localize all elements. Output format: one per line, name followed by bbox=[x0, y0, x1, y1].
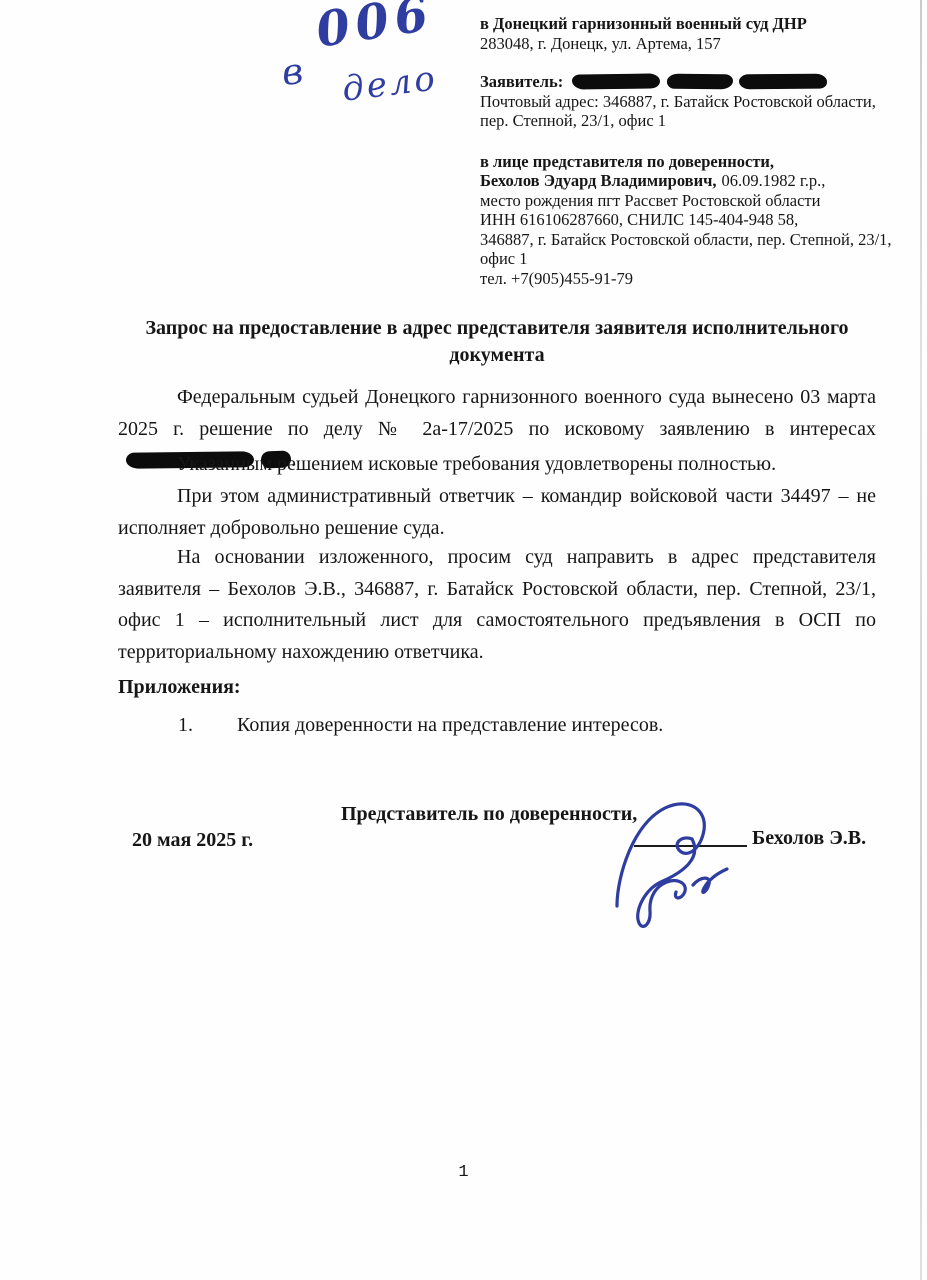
handwritten-note-word-v: в bbox=[280, 51, 305, 94]
representative-ids: ИНН 616106287660, СНИЛС 145-404-948 58, bbox=[480, 210, 925, 230]
attachments-label: Приложения: bbox=[118, 676, 241, 699]
representative-name-line: Бехолов Эдуард Владимирович,06.09.1982 г… bbox=[480, 171, 925, 191]
redaction-bar bbox=[739, 74, 827, 90]
header-block: в Донецкий гарнизонный военный суд ДНР 2… bbox=[480, 14, 925, 288]
document-date: 20 мая 2025 г. bbox=[132, 829, 253, 852]
representative-name: Бехолов Эдуард Владимирович, bbox=[480, 171, 717, 190]
applicant-line: Заявитель: bbox=[480, 72, 925, 92]
redaction-bar bbox=[667, 74, 733, 90]
page-number: 1 bbox=[0, 1163, 927, 1182]
applicant-label: Заявитель: bbox=[480, 72, 563, 91]
court-address: 283048, г. Донецк, ул. Артема, 157 bbox=[480, 34, 925, 54]
redaction-bar bbox=[572, 73, 660, 89]
body-paragraph-3: При этом административный ответчик – ком… bbox=[118, 481, 876, 544]
court-name: в Донецкий гарнизонный военный суд ДНР bbox=[480, 14, 925, 34]
representative-address-line2: офис 1 bbox=[480, 249, 925, 269]
representative-address-line1: 346887, г. Батайск Ростовской области, п… bbox=[480, 230, 925, 250]
paragraph-1-text: Федеральным судьей Донецкого гарнизонног… bbox=[118, 386, 876, 440]
body-paragraph-4: На основании изложенного, просим суд нап… bbox=[118, 542, 876, 668]
attachment-item-number: 1. bbox=[178, 714, 237, 737]
attachment-item-text: Копия доверенности на представление инте… bbox=[237, 714, 663, 736]
document-page: 006 в дело в Донецкий гарнизонный военны… bbox=[0, 0, 927, 1280]
handwritten-note-word-delo: дело bbox=[340, 58, 440, 109]
attachment-item: 1.Копия доверенности на представление ин… bbox=[178, 714, 663, 737]
representative-phone: тел. +7(905)455-91-79 bbox=[480, 269, 925, 289]
postal-address-line2: пер. Степной, 23/1, офис 1 bbox=[480, 111, 925, 131]
postal-address-line1: Почтовый адрес: 346887, г. Батайск Росто… bbox=[480, 92, 925, 112]
representative-birthdate: 06.09.1982 г.р., bbox=[722, 171, 826, 190]
body-paragraph-2: Указанным решением исковые требования уд… bbox=[118, 449, 876, 481]
representative-intro: в лице представителя по доверенности, bbox=[480, 152, 925, 172]
representative-birthplace: место рождения пгт Рассвет Ростовской об… bbox=[480, 191, 925, 211]
handwritten-signature bbox=[603, 788, 773, 938]
handwritten-case-number: 006 bbox=[312, 0, 438, 59]
signatory-role: Представитель по доверенности, bbox=[341, 803, 637, 826]
scan-edge-artifact bbox=[920, 0, 922, 1280]
document-title: Запрос на предоставление в адрес предста… bbox=[118, 315, 876, 369]
